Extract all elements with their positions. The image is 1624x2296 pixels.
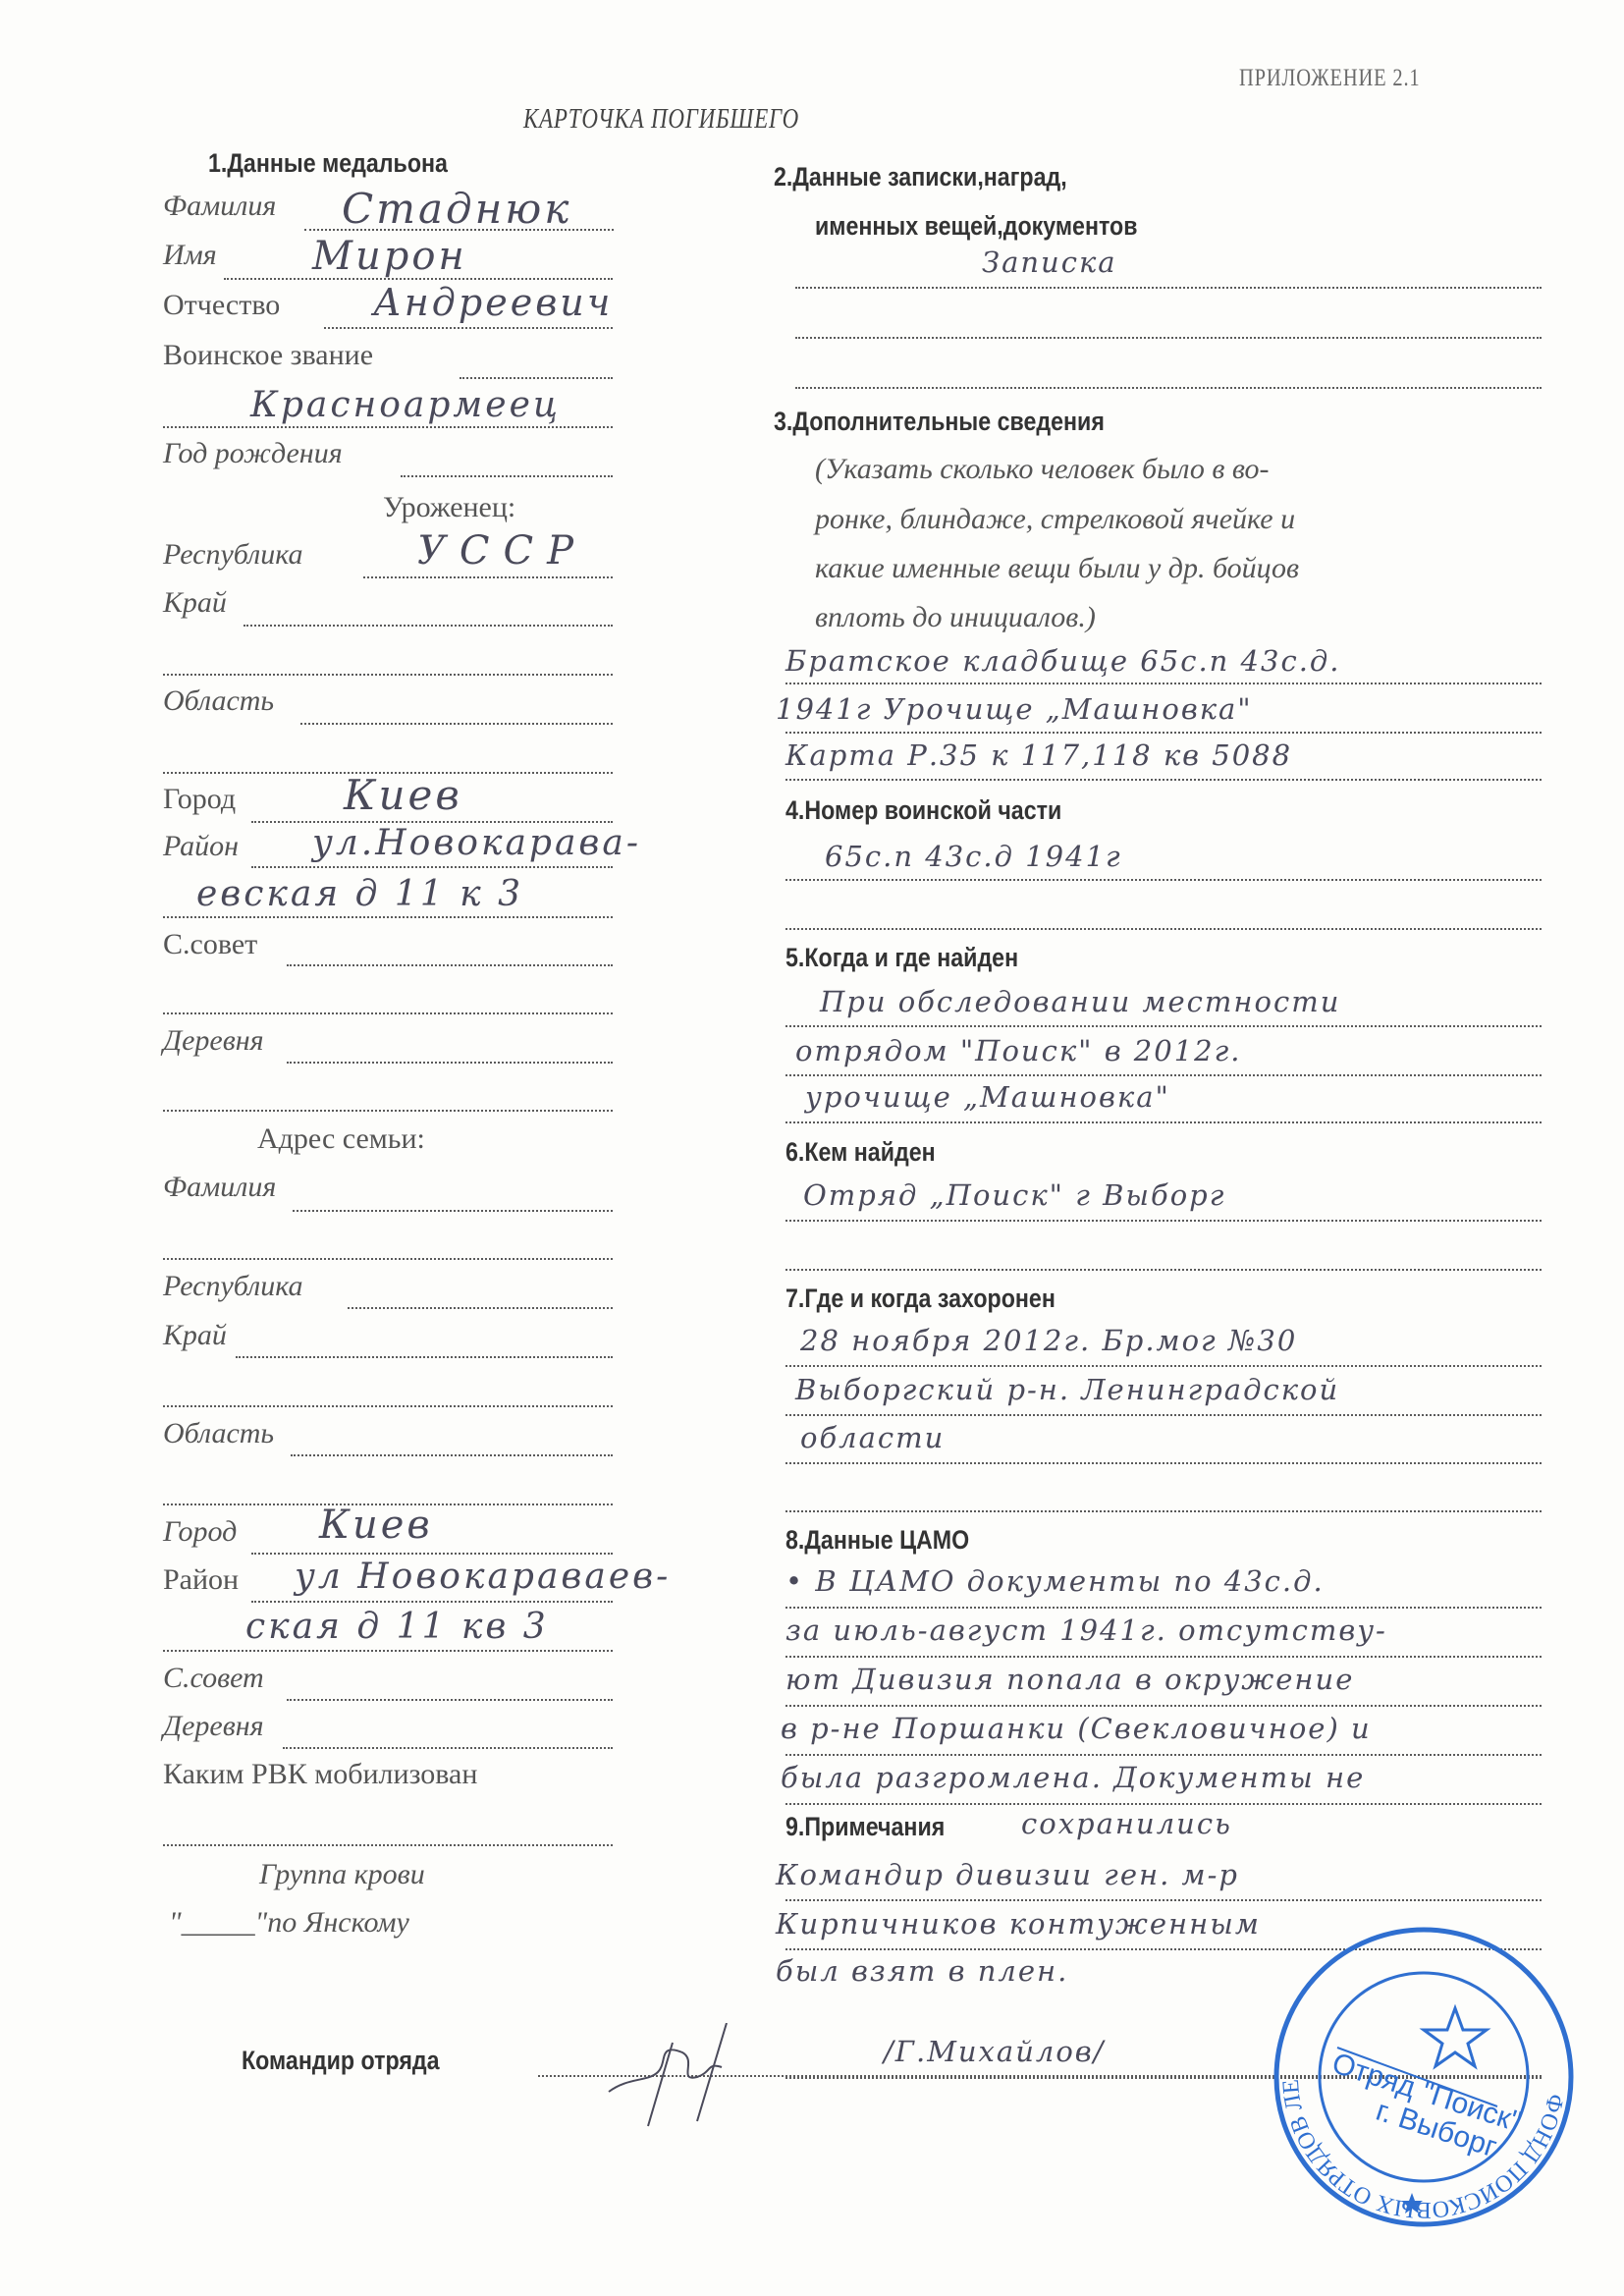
oblast-line — [300, 723, 613, 725]
family-city-label: Город — [163, 1515, 237, 1549]
section6-line-1 — [785, 1220, 1542, 1222]
section8-heading: 8.Данные ЦАМО — [785, 1525, 969, 1556]
section4-line-1 — [785, 879, 1542, 881]
family-village-label: Деревня — [163, 1710, 264, 1743]
section4-value: 65с.п 43с.д 1941г — [825, 840, 1122, 873]
section3-heading: 3.Дополнительные сведения — [774, 407, 1105, 437]
section6-heading: 6.Кем найден — [785, 1137, 936, 1168]
rank-label: Воинское звание — [163, 339, 373, 372]
republic-value: УССР — [417, 528, 587, 574]
section3-instruction-3: какие именные вещи были у др. бойцов — [815, 552, 1299, 585]
section5-line-1 — [785, 1025, 1542, 1027]
section9-value-1: Командир дивизии ген. м-р — [776, 1858, 1239, 1891]
section5-value-1: При обследовании местности — [820, 985, 1340, 1018]
section7-line-3 — [785, 1462, 1542, 1464]
section7-value-2: Выборгский р-н. Ленинградской — [795, 1373, 1339, 1406]
krai-label: Край — [163, 586, 227, 620]
section5-line-3 — [785, 1121, 1542, 1123]
section5-value-3: урочище „Машновка" — [805, 1080, 1170, 1114]
family-krai-line — [236, 1356, 613, 1358]
village-line-2 — [163, 1110, 613, 1112]
family-surname-line — [293, 1210, 613, 1212]
signature-scribble — [589, 2023, 815, 2131]
section4-heading: 4.Номер воинской части — [785, 795, 1061, 826]
birth-year-label: Год рождения — [163, 437, 343, 470]
blood-group-yansky: "_____"по Янскому — [169, 1906, 409, 1940]
rvk-label: Каким РВК мобилизован — [163, 1758, 477, 1791]
section8-value-3: ют Дивизия попала в окружение — [785, 1663, 1354, 1696]
section4-line-2 — [785, 928, 1542, 930]
rvk-line — [163, 1844, 613, 1846]
rank-line-2 — [163, 426, 613, 428]
rank-line — [460, 377, 613, 379]
section7-heading: 7.Где и когда захоронен — [785, 1284, 1056, 1314]
oblast-label: Область — [163, 684, 274, 718]
section2-line-2 — [795, 337, 1542, 339]
section7-value-1: 28 ноября 2012г. Бр.мог №30 — [800, 1324, 1297, 1357]
family-republic-line — [348, 1307, 613, 1309]
district-value-2: евская д 11 к 3 — [196, 874, 523, 914]
family-heading: Адрес семьи: — [257, 1122, 425, 1156]
patronymic-line — [324, 327, 613, 329]
native-label: Уроженец: — [383, 491, 515, 524]
section5-value-2: отрядом "Поиск" в 2012г. — [795, 1034, 1241, 1067]
family-city-value: Киев — [319, 1503, 433, 1548]
krai-line-2 — [163, 674, 613, 676]
section3-line-3 — [785, 779, 1542, 781]
section9-value-3: был взят в плен. — [776, 1954, 1068, 1988]
section8-line-2 — [785, 1656, 1542, 1658]
family-district-value-1: ул Новокараваев- — [295, 1557, 671, 1597]
family-district-value-2: ская д 11 кв 3 — [245, 1607, 549, 1647]
city-value: Киев — [344, 771, 462, 819]
section7-line-2 — [785, 1414, 1542, 1416]
district-label: Район — [163, 830, 239, 863]
family-district-line-2 — [163, 1650, 613, 1652]
district-line — [251, 866, 613, 868]
surname-label: Фамилия — [163, 190, 276, 223]
section8-line-3 — [785, 1705, 1542, 1707]
family-republic-label: Республика — [163, 1270, 303, 1303]
section8-value-4: в р-не Поршанки (Свекловичное) и — [781, 1712, 1372, 1745]
soviet-line-2 — [163, 1012, 613, 1014]
section7-line-4 — [785, 1510, 1542, 1512]
family-krai-label: Край — [163, 1319, 227, 1352]
district-line-2 — [163, 916, 613, 918]
section8-line-5 — [785, 1803, 1542, 1805]
city-label: Город — [163, 783, 236, 816]
family-surname-line-2 — [163, 1258, 613, 1260]
section3-value-1: Братское кладбище 65с.п 43с.д. — [785, 644, 1341, 678]
family-district-label: Район — [163, 1563, 239, 1597]
signature-name: /Г.Михайлов/ — [884, 2035, 1105, 2068]
blood-group-label: Группа крови — [259, 1858, 425, 1891]
village-line — [287, 1062, 613, 1064]
section6-value: Отряд „Поиск" г Выборг — [803, 1178, 1225, 1212]
section3-value-2: 1941г Урочище „Машновка" — [776, 692, 1253, 726]
section9-heading: 9.Примечания — [785, 1812, 945, 1842]
section8-line-1 — [785, 1607, 1542, 1609]
section3-line-1 — [785, 683, 1542, 684]
section3-instruction-4: вплоть до инициалов.) — [815, 601, 1096, 634]
birth-year-line — [401, 475, 613, 477]
section3-value-3: Карта Р.35 к 117,118 кв 5088 — [785, 738, 1292, 772]
commander-label: Командир отряда — [242, 2046, 440, 2076]
section2-line-3 — [795, 387, 1542, 389]
surname-value: Стаднюк — [342, 185, 571, 233]
krai-line — [244, 625, 613, 627]
family-soviet-line — [287, 1699, 613, 1701]
family-city-line — [251, 1553, 613, 1555]
card-title: КАРТОЧКА ПОГИБШЕГО — [523, 104, 799, 136]
family-soviet-label: С.совет — [163, 1662, 264, 1695]
name-value: Мирон — [312, 234, 467, 279]
name-label: Имя — [163, 239, 217, 272]
section7-line-1 — [785, 1365, 1542, 1367]
district-value-1: ул.Новокарава- — [312, 823, 641, 863]
village-label: Деревня — [163, 1024, 264, 1058]
family-krai-line-2 — [163, 1405, 613, 1407]
section5-heading: 5.Когда и где найден — [785, 943, 1018, 973]
family-surname-label: Фамилия — [163, 1171, 276, 1204]
star-icon — [1424, 2008, 1487, 2066]
section2-heading-1: 2.Данные записки,наград, — [774, 162, 1067, 192]
section8-value-1: • В ЦАМО документы по 43с.д. — [785, 1564, 1325, 1598]
section9-value-inline: сохранились — [1021, 1807, 1232, 1840]
patronymic-value: Андреевич — [373, 281, 613, 324]
family-district-line — [251, 1601, 613, 1603]
appendix-label: ПРИЛОЖЕНИЕ 2.1 — [1239, 65, 1420, 92]
section2-value: Записка — [982, 246, 1117, 279]
section1-heading: 1.Данные медальона — [208, 148, 448, 179]
family-oblast-label: Область — [163, 1417, 274, 1450]
rank-value: Красноармеец — [250, 385, 561, 425]
soviet-label: С.совет — [163, 928, 257, 961]
section2-heading-2: именных вещей,документов — [815, 211, 1138, 242]
family-oblast-line — [291, 1454, 613, 1456]
section8-value-5: была разгромлена. Документы не — [781, 1761, 1365, 1794]
section9-line-1 — [785, 1899, 1542, 1901]
section6-line-2 — [785, 1269, 1542, 1271]
section7-value-3: области — [800, 1421, 945, 1454]
family-village-line — [283, 1747, 613, 1749]
section8-line-4 — [785, 1754, 1542, 1756]
section5-line-2 — [785, 1074, 1542, 1076]
republic-label: Республика — [163, 538, 303, 572]
section3-instruction-1: (Указать сколько человек было в во- — [815, 453, 1270, 486]
section9-value-2: Кирпичников контуженным — [776, 1907, 1261, 1941]
soviet-line — [287, 964, 613, 966]
section8-value-2: за июль-август 1941г. отсутству- — [785, 1613, 1387, 1647]
section2-line-1 — [795, 287, 1542, 289]
section3-line-2 — [785, 732, 1542, 734]
section3-instruction-2: ронке, блиндаже, стрелковой ячейке и — [815, 503, 1295, 536]
republic-line — [363, 576, 613, 578]
patronymic-label: Отчество — [163, 289, 280, 322]
organization-stamp: ФОНД ПОИСКОВЫХ ОТРЯДОВ ЛЕНИНГРАДСКОЙ ОБЛ… — [1267, 1920, 1581, 2234]
